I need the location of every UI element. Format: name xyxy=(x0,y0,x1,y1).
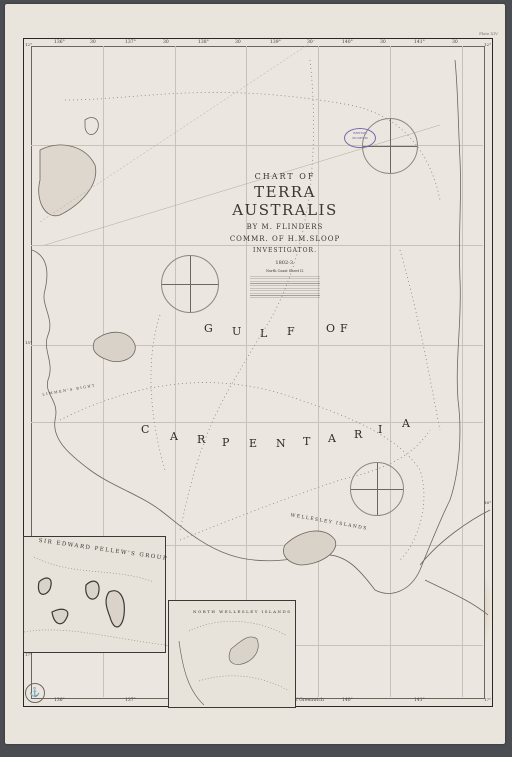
sea-name-letter: E xyxy=(249,437,257,450)
author-line: BY M. FLINDERS xyxy=(200,223,370,231)
sea-name-letter: P xyxy=(222,436,229,449)
stamp-line: MUSEUM xyxy=(345,136,375,141)
sea-name-letter: C xyxy=(141,423,149,436)
compass-rose xyxy=(350,462,404,516)
library-stamp: BRITISH MUSEUM xyxy=(344,128,376,148)
sea-name-letter: A xyxy=(170,430,178,443)
inset-wellesley-drawing xyxy=(169,601,295,707)
sea-name-letter: R xyxy=(197,433,205,446)
anchor-seal-icon: ⚓ xyxy=(25,683,45,703)
sea-name-letter: I xyxy=(378,423,382,436)
sea-name-letter: U xyxy=(232,325,241,338)
sea-name-letter: T xyxy=(303,435,310,448)
sea-name-letter: A xyxy=(402,417,410,430)
sea-name-letter: R xyxy=(354,428,362,441)
sea-name-letter: F xyxy=(340,322,348,335)
commander-line: COMMR. OF H.M.SLOOP xyxy=(200,235,370,243)
sea-name-letter: F xyxy=(287,325,295,338)
sea-name-letter: G xyxy=(204,322,213,335)
map-title-block: CHART OF TERRA AUSTRALIS BY M. FLINDERS … xyxy=(200,172,370,298)
title-fine-print xyxy=(250,276,320,298)
inset-title: NORTH WELLESLEY ISLANDS xyxy=(193,609,291,614)
title-line: CHART OF xyxy=(200,172,370,181)
sea-name-letter: A xyxy=(328,432,336,445)
inset-north-wellesley: NORTH WELLESLEY ISLANDS xyxy=(168,600,296,708)
sea-name-letter: L xyxy=(260,327,267,340)
sea-name-letter: O xyxy=(326,322,335,335)
map-title: TERRA AUSTRALIS xyxy=(200,183,370,219)
compass-rose xyxy=(362,118,418,174)
year: 1802-3. xyxy=(200,260,370,266)
inset-pellew-group: SIR EDWARD PELLEW'S GROUP xyxy=(23,536,166,653)
sea-name-letter: N xyxy=(276,437,286,450)
sheet-label: North Coast Sheet II. xyxy=(200,269,370,273)
ship-line: INVESTIGATOR. xyxy=(200,247,370,254)
